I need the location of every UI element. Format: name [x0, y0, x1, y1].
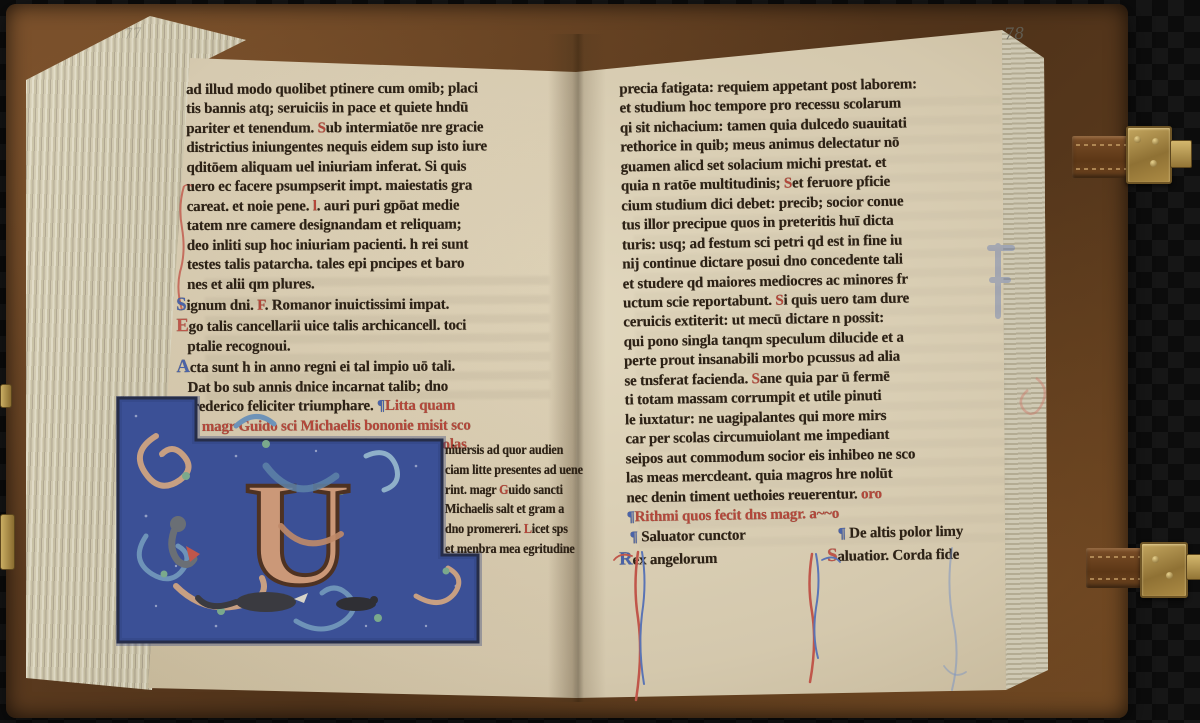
brass-catch-lower [0, 514, 15, 570]
checkerboard-background: 77 78 ad illud modo quolibet ptinere cum… [0, 0, 1200, 723]
manuscript-text-line: districtius iniungentes nequis eidem sup… [186, 137, 578, 159]
text-segment: precia fatigata: requiem appetant post l… [619, 76, 917, 97]
text-segment: . Romanor inuictissimi impat. [265, 297, 449, 314]
colored-text-segment: E [176, 315, 188, 336]
text-segment: i quis uero tam dure [783, 290, 909, 308]
manuscript-text-line: tis bannis atq; seruiciis in pace et qui… [186, 98, 578, 120]
rivet-icon [1150, 160, 1157, 167]
brass-clasp-top [1126, 126, 1172, 184]
colored-text-segment: S [827, 545, 838, 566]
manuscript-text-line: Signum dni. F. Romanor inuictissimi impa… [187, 293, 579, 317]
text-segment: qi sit nichacium: tamen quia dulcedo sua… [620, 115, 907, 136]
text-segment: careat. et noie pene. [187, 198, 313, 215]
text-segment: nij continue dictare posui dno concedent… [622, 252, 903, 273]
text-segment: districtius iniungentes nequis eidem sup… [186, 139, 487, 157]
manuscript-text-line: Ego talis cancellarii uice talis archica… [187, 314, 579, 338]
text-segment: Saluator cunctor [641, 527, 746, 545]
text-segment: uctum scie reportabunt. [623, 293, 776, 312]
text-segment: uido sancti [508, 482, 562, 497]
colored-text-segment: oro [861, 485, 882, 501]
text-segment: ignum dni. [186, 298, 257, 314]
manuscript-text-line: careat. et noie pene. l. auri puri gpōat… [187, 196, 579, 218]
manuscript-text-line: dno promereri. Licet sps [445, 519, 571, 539]
right-page-text: precia fatigata: requiem appetant post l… [619, 74, 1023, 528]
text-segment: qui pono singla tanqm speculum dilucide … [624, 329, 904, 350]
manuscript-text-line: Acta sunt h in anno regni ei tal impio u… [187, 355, 579, 379]
brass-clasp-hook-top [1170, 140, 1192, 168]
text-segment: De altis polor limy [849, 524, 963, 542]
leather-strap-bottom [1086, 548, 1146, 588]
brass-clasp-hook-bottom [1186, 554, 1200, 580]
text-segment: tus illor precipue quos in preteritis hu… [622, 213, 894, 234]
text-segment: tatem nre camere designandam et reliquam… [187, 217, 462, 234]
colored-text-segment: ¶ [838, 526, 850, 542]
colored-text-segment: R [619, 548, 633, 569]
text-segment: ceruicis extiterit: ut mecū dictare n po… [623, 310, 884, 331]
text-segment: et menbra mea egritudine [445, 541, 575, 556]
text-segment: deo inliti sup hoc iniuriam pacienti. h … [187, 236, 469, 253]
rivet-icon [1134, 136, 1141, 143]
verse-line: Rex angelorum [630, 545, 822, 571]
text-segment: guamen alicd set solacium michi prestat.… [621, 155, 887, 176]
colored-text-segment: F [257, 298, 265, 314]
manuscript-text-line: uero ec facere psumpserit impt. maiestat… [187, 176, 579, 198]
manuscript-text-line: nes et alii qm plures. [187, 274, 579, 296]
brass-clasp-bottom [1140, 542, 1188, 598]
rivet-icon [1152, 556, 1159, 563]
text-segment: car per scolas circumuiolant me impedian… [625, 427, 889, 448]
text-segment: le iuxtatur: ne uagipalantes qui more mi… [625, 408, 887, 429]
text-segment: cium studium dici debet: precib; socior … [621, 193, 903, 214]
text-segment: seipos aut commodum socior eis inhibeo n… [626, 446, 916, 467]
text-segment: las meas mercdeant. quia magros hre nolū… [626, 466, 893, 487]
text-segment: ad illud modo quolibet ptinere cum omib;… [186, 81, 478, 99]
manuscript-text-line: ciam litte presentes ad uene [445, 460, 571, 480]
text-segment: ptalie recognoui. [187, 338, 290, 355]
text-segment: nec denin timent uethoies reuerentur. [626, 486, 861, 506]
colored-text-segment: ¶ [630, 529, 642, 545]
text-segment: go talis cancellarii uice talis archican… [189, 318, 467, 335]
text-segment: ti totam massam corrumpit et utile pinut… [625, 388, 882, 408]
illuminated-initial-U[interactable]: U [116, 396, 482, 646]
manuscript-text-line: rint. magr Guido sancti [445, 480, 571, 500]
text-segment: qditōem aliquam uel iniuriam inferat. Si… [186, 158, 466, 175]
colored-text-segment: S [318, 120, 326, 136]
text-segment: turis: usq; ad festum sci petri qd est i… [622, 232, 902, 253]
manuscript-text-line: niuersis ad quor audien [445, 440, 571, 460]
text-segment: et studere qd maiores mediocres ac minor… [623, 271, 909, 292]
colored-text-segment: S [775, 293, 783, 309]
text-segment: . auri puri gpōat medie [317, 197, 460, 214]
text-segment: testes talis patarcha. tales epi pncipes… [187, 256, 464, 273]
manuscript-text-line: qditōem aliquam uel iniuriam inferat. Si… [186, 157, 578, 179]
text-segment: cta sunt h in anno regni ei tal impio uō… [190, 359, 455, 376]
manuscript-text-line: ptalie recognoui. [187, 336, 579, 358]
verse-column-right: ¶ De altis polor limySaluatior. Corda fi… [838, 521, 1031, 568]
text-segment: Dat bo sub annis dnice incarnat talib; d… [188, 378, 449, 395]
text-segment: pariter et tenendum. [186, 120, 317, 137]
text-segment: quia n ratōe multitudinis; [621, 176, 784, 195]
folio-number-right: 78 [1004, 24, 1025, 44]
text-segment: aluatior. Corda fide [837, 547, 959, 565]
manuscript-text-line: ad illud modo quolibet ptinere cum omib;… [186, 79, 578, 101]
manuscript-text-line: tatem nre camere designandam et reliquam… [187, 215, 579, 237]
manuscript-text-line: Michaelis salt et gram a [445, 499, 571, 519]
text-segment: et studium hoc tempore pro recessu scola… [619, 96, 901, 117]
text-segment: ciam litte presentes ad uene [445, 462, 583, 477]
text-segment: perte prout insanabili morbo pcussus ad … [624, 349, 900, 370]
text-segment: nes et alii qm plures. [187, 276, 315, 293]
text-segment: ex angelorum [632, 551, 717, 568]
colored-text-segment: S [176, 294, 186, 315]
initial-side-text: niuersis ad quor audienciam litte presen… [445, 440, 571, 559]
verse-line: Saluatior. Corda fide [838, 542, 1030, 568]
text-segment: dno promereri. [445, 521, 524, 536]
text-segment: tis bannis atq; seruiciis in pace et qui… [186, 100, 468, 117]
text-segment: niuersis ad quor audien [445, 442, 563, 457]
folio-number-left: 77 [123, 25, 142, 42]
text-segment: Michaelis salt et gram a [445, 501, 564, 516]
colored-text-segment: A [176, 356, 189, 377]
rivet-icon [1152, 138, 1159, 145]
text-segment: rint. magr [445, 482, 499, 497]
text-segment: ane quia par ū fermē [760, 369, 890, 387]
text-segment: icet sps [532, 521, 568, 536]
manuscript-text-line: pariter et tenendum. Sub intermiatōe nre… [186, 118, 578, 140]
rivet-icon [1166, 572, 1173, 579]
text-segment: ub intermiatōe nre gracie [326, 119, 484, 136]
verse-section: ¶ Saluator cunctorRex angelorum ¶ De alt… [630, 521, 1031, 572]
text-segment: se tnsferat facienda. [624, 371, 752, 389]
text-segment: et feruore pficie [792, 174, 890, 192]
verse-column-left: ¶ Saluator cunctorRex angelorum [630, 524, 823, 571]
manuscript-text-line: testes talis patarcha. tales epi pncipes… [187, 254, 579, 276]
leather-strap-top [1072, 136, 1134, 178]
colored-text-segment: Rithmi quos fecit dns magr. a~~o [635, 506, 840, 526]
manuscript-text-line: et menbra mea egritudine [445, 539, 571, 559]
text-segment: rethorice in quib; meus animus delectatu… [620, 135, 899, 156]
text-segment: uero ec facere psumpserit impt. maiestat… [187, 178, 473, 195]
manuscript-text-line: deo inliti sup hoc iniuriam pacienti. h … [187, 235, 579, 257]
brass-catch-upper [0, 384, 12, 408]
